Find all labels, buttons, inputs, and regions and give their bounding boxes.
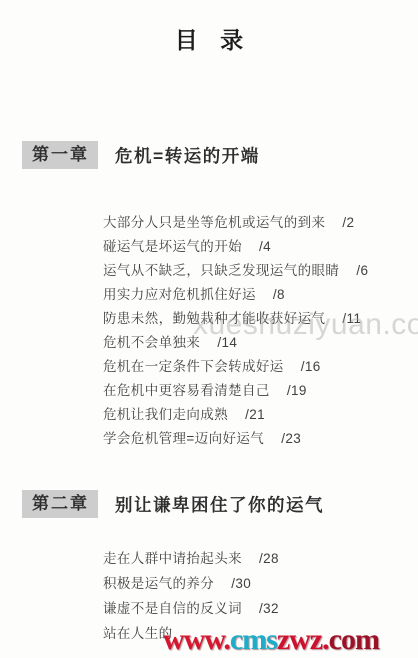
toc-entry: 危机在一定条件下会转成好运/16 <box>22 355 418 379</box>
entry-title: 危机让我们走向成熟 <box>103 407 228 422</box>
entry-page-number: /28 <box>259 551 279 566</box>
chapter-label: 第一章 <box>22 141 98 169</box>
toc-entry: 运气从不缺乏，只缺乏发现运气的眼睛/6 <box>22 259 418 283</box>
entry-title: 谦虚不是自信的反义词 <box>103 601 242 616</box>
entry-page-number: /16 <box>301 359 321 374</box>
entry-title: 走在人群中请抬起头来 <box>103 551 242 566</box>
toc-entry: 在危机中更容易看清楚自己/19 <box>22 379 418 403</box>
toc-entry: 大部分人只是坐等危机或运气的到来/2 <box>22 211 418 235</box>
entry-title: 用实力应对危机抓住好运 <box>103 287 256 302</box>
toc-entry: 防患未然，勤勉栽种才能收获好运气/11 <box>22 307 418 331</box>
watermark-segment: com <box>329 623 379 656</box>
entry-title: 积极是运气的养分 <box>103 576 214 591</box>
toc-entry: 用实力应对危机抓住好运/8 <box>22 283 418 307</box>
toc-items: 大部分人只是坐等危机或运气的到来/2碰运气是坏运气的开始/4运气从不缺乏，只缺乏… <box>22 211 418 451</box>
chapter-label: 第二章 <box>22 490 98 518</box>
entry-page-number: /21 <box>245 407 265 422</box>
entry-page-number: /8 <box>273 287 285 302</box>
entry-page-number: /19 <box>287 383 307 398</box>
entry-title: 碰运气是坏运气的开始 <box>103 239 242 254</box>
entry-page-number: /6 <box>356 263 368 278</box>
watermark-segment: cms <box>230 623 277 656</box>
chapter-heading: 第一章危机=转运的开端 <box>22 141 418 169</box>
chapter-1: 第一章危机=转运的开端大部分人只是坐等危机或运气的到来/2碰运气是坏运气的开始/… <box>22 141 418 451</box>
toc-entry: 积极是运气的养分/30 <box>22 571 418 596</box>
entry-title: 在危机中更容易看清楚自己 <box>103 383 270 398</box>
toc-entry: 走在人群中请抬起头来/28 <box>22 546 418 571</box>
entry-title: 学会危机管理=迈向好运气 <box>103 431 264 446</box>
entry-title: 运气从不缺乏，只缺乏发现运气的眼睛 <box>103 263 339 278</box>
watermark-segment: zwz. <box>277 623 329 656</box>
toc-entry: 碰运气是坏运气的开始/4 <box>22 235 418 259</box>
entry-page-number: /11 <box>342 311 361 326</box>
entry-page-number: /30 <box>231 576 251 591</box>
entry-page-number: /32 <box>259 601 279 616</box>
toc-entry: 危机不会单独来/14 <box>22 331 418 355</box>
chapter-title: 危机=转运的开端 <box>115 143 260 168</box>
toc-page: 目 录 第一章危机=转运的开端大部分人只是坐等危机或运气的到来/2碰运气是坏运气… <box>0 0 418 658</box>
entry-page-number: /14 <box>217 335 237 350</box>
entry-title: 危机在一定条件下会转成好运 <box>103 359 284 374</box>
entry-title: 防患未然，勤勉栽种才能收获好运气 <box>103 311 325 326</box>
entry-title: 危机不会单独来 <box>103 335 200 350</box>
entry-page-number: /4 <box>259 239 271 254</box>
page-title: 目 录 <box>0 22 418 55</box>
site-url-watermark: www.cmszwz.com <box>163 625 379 655</box>
toc-entry: 学会危机管理=迈向好运气/23 <box>22 427 418 451</box>
chapter-heading: 第二章别让谦卑困住了你的运气 <box>22 490 418 518</box>
watermark-segment: www. <box>163 623 230 656</box>
entry-page-number: /2 <box>342 215 354 230</box>
toc-entry: 谦虚不是自信的反义词/32 <box>22 596 418 621</box>
entry-title: 大部分人只是坐等危机或运气的到来 <box>103 215 325 230</box>
chapter-title: 别让谦卑困住了你的运气 <box>115 492 324 517</box>
toc-entry: 危机让我们走向成熟/21 <box>22 403 418 427</box>
entry-page-number: /23 <box>281 431 301 446</box>
